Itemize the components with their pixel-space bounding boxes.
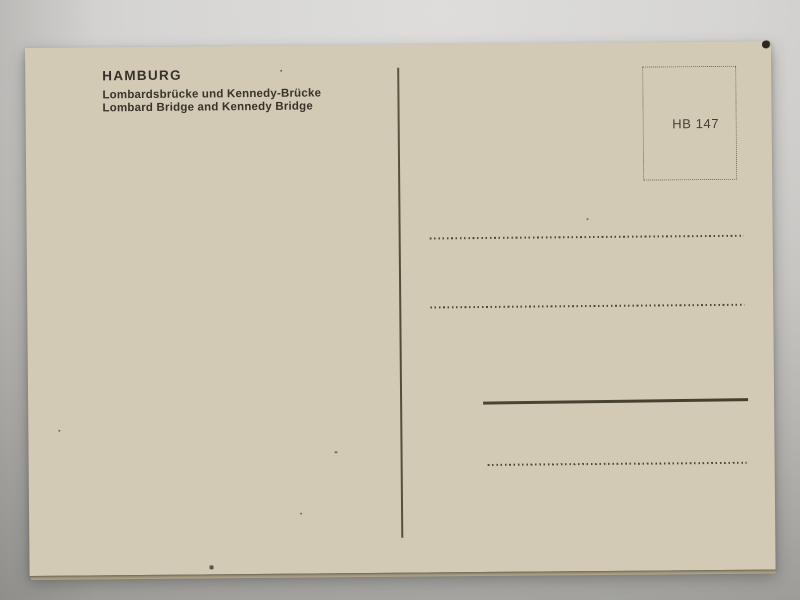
address-line-solid [483,398,748,404]
paper-speck [280,70,282,72]
postcard-caption-english: Lombard Bridge and Kennedy Bridge [102,100,313,115]
paper-speck [58,430,60,432]
paper-speck [335,451,338,453]
corner-stain [762,40,771,48]
postcard-title: HAMBURG [102,68,182,84]
stamp-box: HB 147 [642,66,737,181]
paper-speck [210,565,214,569]
photo-backdrop: HAMBURG Lombardsbrücke und Kennedy-Brück… [0,0,800,600]
address-line-2 [430,304,744,309]
postcard-back: HAMBURG Lombardsbrücke und Kennedy-Brück… [25,41,776,575]
paper-speck [300,513,302,515]
address-line-3 [488,462,747,466]
address-line-1 [430,235,744,240]
divider-line [397,68,403,538]
stamp-code-label: HB 147 [644,116,736,132]
paper-speck [587,218,589,220]
